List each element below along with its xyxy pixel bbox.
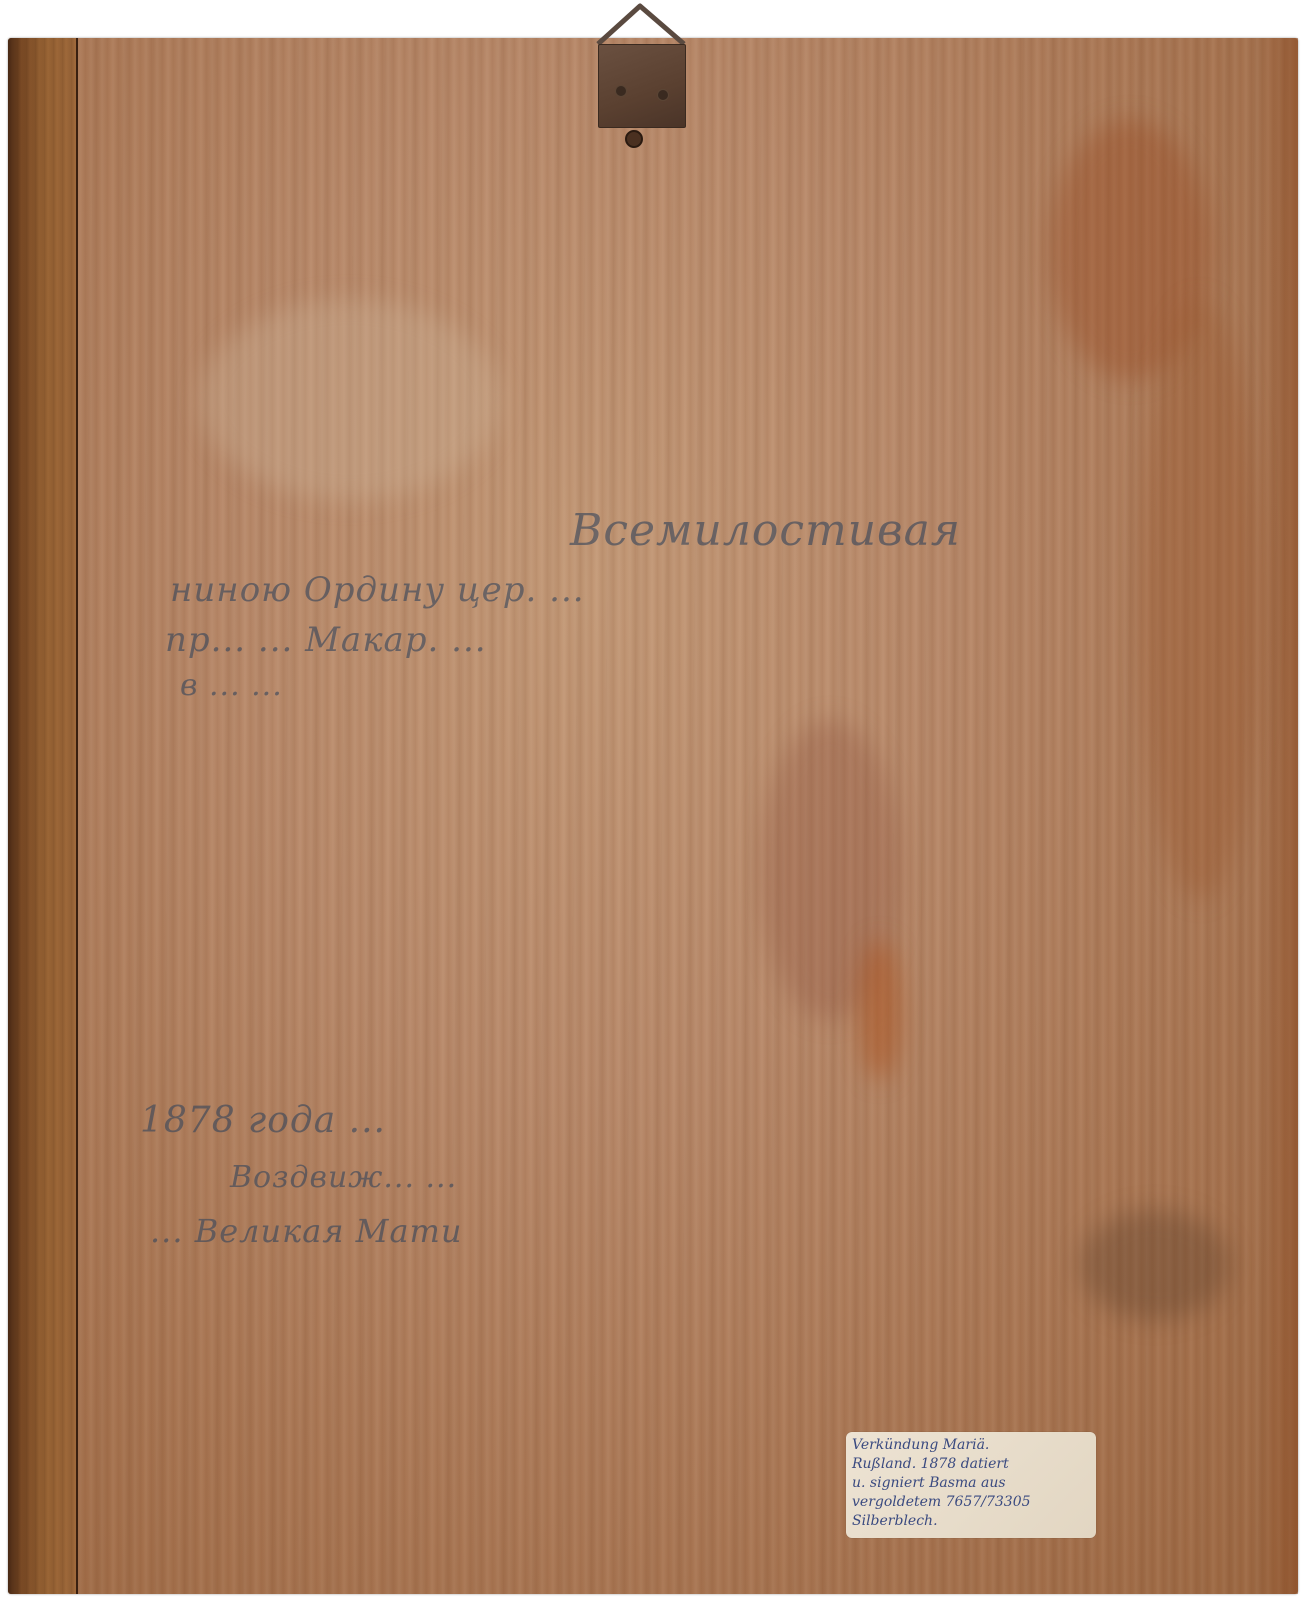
label-line: Verkündung Mariä. <box>852 1436 1090 1455</box>
inscription-lower-line-1: 1878 года ... <box>140 1100 386 1141</box>
wire-hanger-icon <box>594 2 690 48</box>
collection-label: Verkündung Mariä. Rußland. 1878 datiert … <box>846 1432 1096 1538</box>
rivet <box>615 85 627 97</box>
inscription-lower-line-2: Воздвиж... ... <box>230 1160 457 1195</box>
rivet <box>657 89 669 101</box>
wood-knot <box>1080 1210 1230 1320</box>
inscription-upper-line-3: пр... ... Макар. ... <box>165 620 487 660</box>
screw-icon <box>625 130 643 148</box>
panel-side-batten <box>8 38 76 1594</box>
wood-stain <box>200 300 500 500</box>
wood-stain <box>1140 300 1260 900</box>
hanger-plate <box>598 44 686 128</box>
label-line: Rußland. 1878 datiert <box>852 1455 1090 1474</box>
panel-right-edge <box>1258 38 1298 1594</box>
inscription-upper-line-1: Всемилостивая <box>570 505 961 556</box>
label-line: Silberblech. <box>852 1512 1090 1531</box>
inscription-upper-line-4: в ... ... <box>180 668 283 703</box>
wood-stain <box>860 940 900 1080</box>
label-line: vergoldetem 7657/73305 <box>852 1493 1090 1512</box>
label-line: u. signiert Basma aus <box>852 1474 1090 1493</box>
inscription-lower-line-3: ... Великая Мати <box>150 1212 462 1250</box>
inscription-upper-line-2: ниною Ордину цер. ... <box>170 570 585 610</box>
